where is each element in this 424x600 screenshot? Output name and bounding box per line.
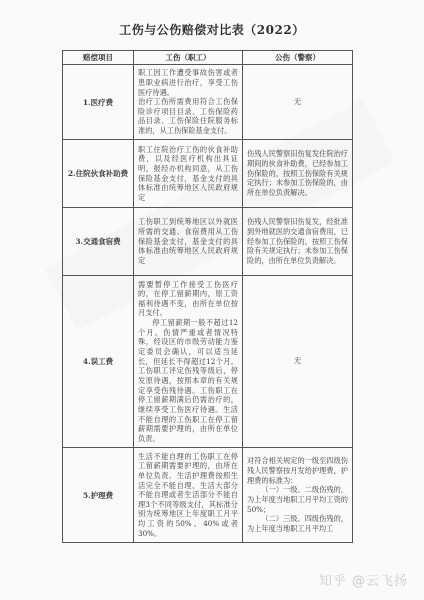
row-item-label: 3.交通食宿费 [63,208,134,276]
row-item-label: 5.护理费 [63,448,134,543]
paragraph: 需要暂停工作接受工伤医疗的，在停工留薪期内，原工资福利待遇不变，由所在单位按月支… [138,280,238,319]
paragraph: 对符合相关规定的一级至四级伤残人民警察按月发给护理费，护理费的标准为： [247,456,348,485]
paragraph: 伤残人民警察旧伤复发，经批准到外地就医的交通食宿费用，已经参加工伤保险的，按照工… [247,217,348,265]
table-row: 5.护理费生活不能自理的工伤职工在停工留薪期需要护理的，由所在单位负责。生活护理… [63,448,353,543]
column-header: 工伤（职工） [134,51,243,65]
row-item-label: 1.医疗费 [63,65,134,140]
paragraph: 无 [247,356,348,366]
column-header: 公伤（警察） [243,51,353,65]
paragraph: （二）三级、四级伤残的，为上年度当地职工月平均工 [247,514,348,533]
table-row: 4.误工费需要暂停工作接受工伤医疗的，在停工留薪期内，原工资福利待遇不变，由所在… [63,276,353,448]
column-header: 赔偿项目 [63,51,134,65]
paragraph: 职工因工作遭受事故伤害或者患职业病进行治疗，享受工伤医疗待遇。 [138,68,238,97]
paragraph: 职工住院治疗工伤的伙食补助费，以及经医疗机构出具证明，报经办机构同意，从工伤保险… [138,145,238,203]
paragraph: （一）一级、二级伤残的，为上年度当地职工月平均工资的50%； [247,485,348,514]
police-cell: 无 [243,65,353,140]
header-row: 赔偿项目工伤（职工）公伤（警察） [63,51,353,65]
paragraph: 无 [247,97,348,107]
document-page: 工伤与公伤赔偿对比表（2022） 赔偿项目工伤（职工）公伤（警察） 1.医疗费职… [0,0,424,600]
worker-cell: 工伤职工到统筹地区以外就医所需的交通、食宿费用从工伤保险基金支付，基金支付的具体… [134,208,243,276]
police-cell: 对符合相关规定的一级至四级伤残人民警察按月发给护理费，护理费的标准为：（一）一级… [243,448,353,543]
site-watermark: 知乎 @云飞扬 [319,570,408,589]
comparison-table: 赔偿项目工伤（职工）公伤（警察） 1.医疗费职工因工作遭受事故伤害或者患职业病进… [62,50,353,543]
worker-cell: 需要暂停工作接受工伤医疗的，在停工留薪期内，原工资福利待遇不变，由所在单位按月支… [134,276,243,448]
police-cell: 伤残人民警察旧伤复发，经批准到外地就医的交通食宿费用，已经参加工伤保险的，按照工… [243,208,353,276]
table-row: 3.交通食宿费工伤职工到统筹地区以外就医所需的交通、食宿费用从工伤保险基金支付，… [63,208,353,276]
worker-cell: 生活不能自理的工伤职工在停工留薪期需要护理的，由所在单位负责。生活护理费按照生活… [134,448,243,543]
worker-cell: 职工住院治疗工伤的伙食补助费，以及经医疗机构出具证明，报经办机构同意，从工伤保险… [134,140,243,208]
table-row: 1.医疗费职工因工作遭受事故伤害或者患职业病进行治疗，享受工伤医疗待遇。治疗工伤… [63,65,353,140]
paragraph: 伤残人民警察旧伤复发住院治疗期间的伙食补助费，已经参加工伤保险的，按照工伤保险有… [247,149,348,197]
police-cell: 伤残人民警察旧伤复发住院治疗期间的伙食补助费，已经参加工伤保险的，按照工伤保险有… [243,140,353,208]
row-item-label: 4.误工费 [63,276,134,448]
paragraph: 治疗工伤所需费用符合工伤保险诊疗项目目录、工伤保险药品目录、工伤保险住院服务标准… [138,97,238,136]
paragraph: 停工留薪期一般不超过12个月。伤情严重或者情况特殊，经设区的市级劳动能力鉴定委员… [138,318,238,443]
paragraph: 生活不能自理的工伤职工在停工留薪期需要护理的，由所在单位负责。生活护理费按照生活… [138,452,238,539]
table-body: 1.医疗费职工因工作遭受事故伤害或者患职业病进行治疗，享受工伤医疗待遇。治疗工伤… [63,65,353,543]
row-item-label: 2.住院伙食补助费 [63,140,134,208]
table-row: 2.住院伙食补助费职工住院治疗工伤的伙食补助费，以及经医疗机构出具证明，报经办机… [63,140,353,208]
worker-cell: 职工因工作遭受事故伤害或者患职业病进行治疗，享受工伤医疗待遇。治疗工伤所需费用符… [134,65,243,140]
paragraph: 工伤职工到统筹地区以外就医所需的交通、食宿费用从工伤保险基金支付，基金支付的具体… [138,217,238,265]
police-cell: 无 [243,276,353,448]
page-title: 工伤与公伤赔偿对比表（2022） [0,21,424,38]
